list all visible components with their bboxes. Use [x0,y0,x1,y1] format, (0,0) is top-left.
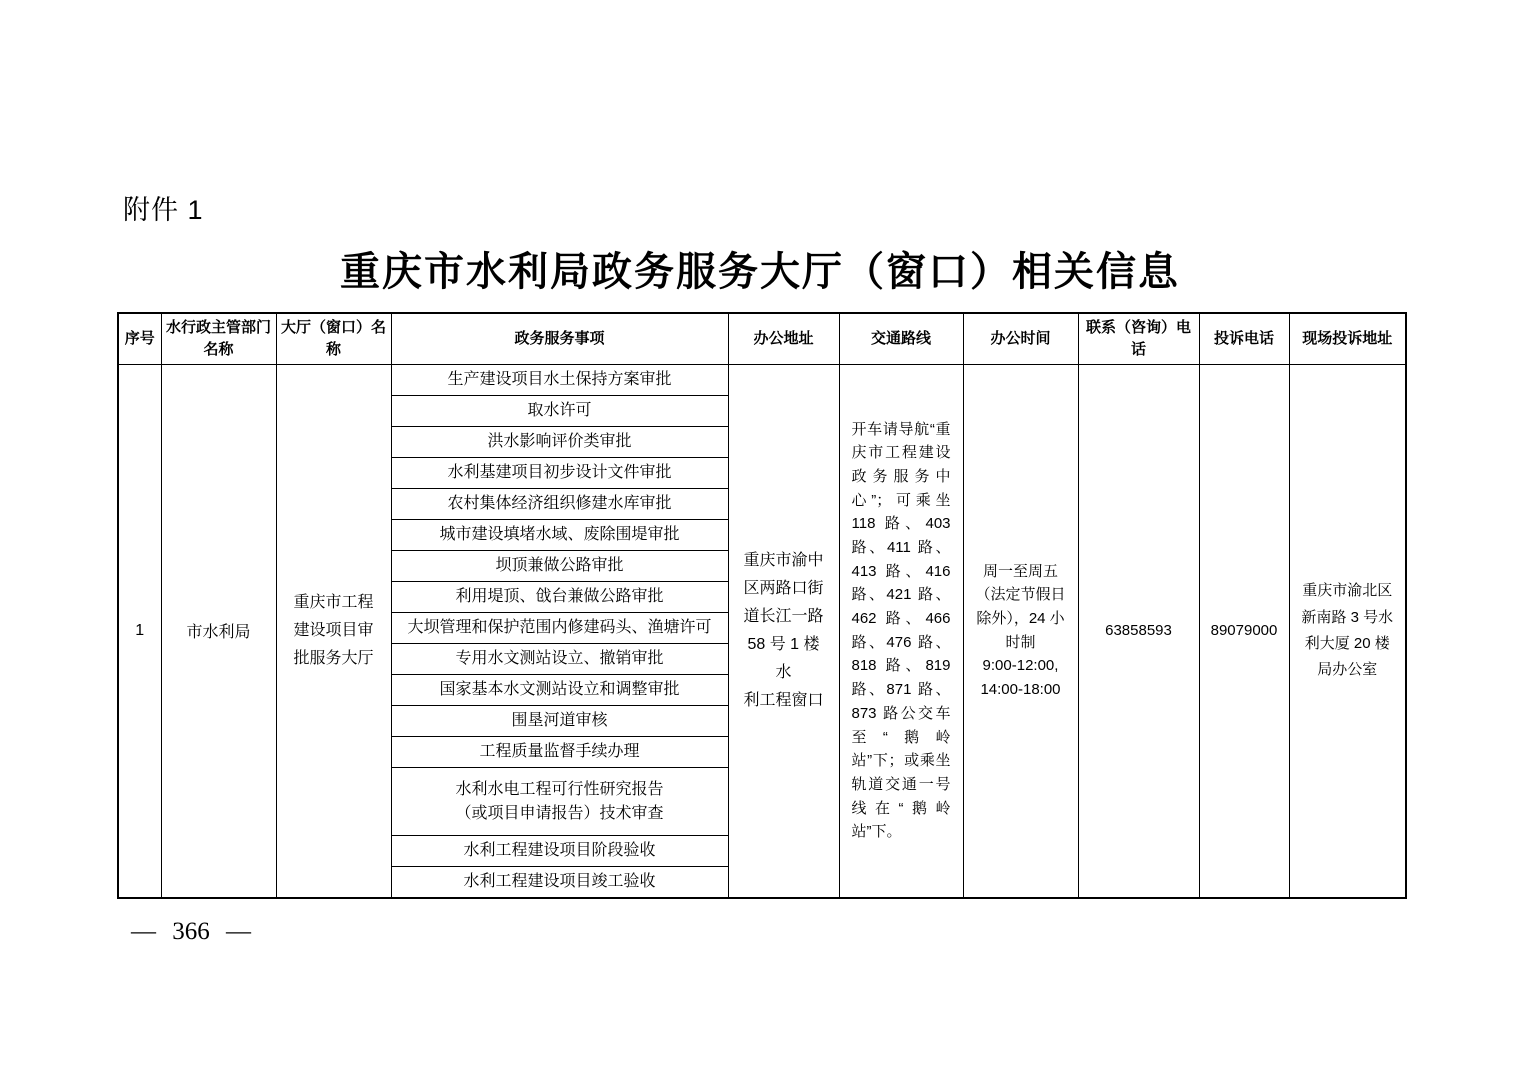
cell-complaint-address: 重庆市渝北区 新南路 3 号水 利大厦 20 楼 局办公室 [1289,365,1406,898]
cell-department: 市水利局 [161,365,276,898]
col-header-traffic-route: 交通路线 [839,313,963,365]
cell-service-item: 取水许可 [391,396,728,427]
cell-traffic-route: 开车请导航“重庆市工程建设政务服务中心”；可乘坐 118 路、403 路、411… [839,365,963,898]
cell-service-item: 洪水影响评价类审批 [391,427,728,458]
cell-service-item: 坝顶兼做公路审批 [391,551,728,582]
col-header-office-hours: 办公时间 [963,313,1078,365]
cell-index: 1 [118,365,161,898]
cell-office-address: 重庆市渝中 区两路口街 道长江一路 58 号 1 楼水 利工程窗口 [728,365,839,898]
table-header-row: 序号 水行政主管部门名称 大厅（窗口）名称 政务服务事项 办公地址 交通路线 办… [118,313,1406,365]
col-header-contact-phone: 联系（咨询）电话 [1078,313,1199,365]
info-table: 序号 水行政主管部门名称 大厅（窗口）名称 政务服务事项 办公地址 交通路线 办… [117,312,1407,899]
cell-service-item: 专用水文测站设立、撤销审批 [391,644,728,675]
cell-service-item: 利用堤顶、戗台兼做公路审批 [391,582,728,613]
cell-service-item: 国家基本水文测站设立和调整审批 [391,675,728,706]
cell-service-item: 水利工程建设项目竣工验收 [391,867,728,898]
cell-service-item: 农村集体经济组织修建水库审批 [391,489,728,520]
page-number: — 366 — [131,918,251,946]
cell-service-item: 水利工程建设项目阶段验收 [391,836,728,867]
col-header-services: 政务服务事项 [391,313,728,365]
col-header-department: 水行政主管部门名称 [161,313,276,365]
table-row: 1 市水利局 重庆市工程 建设项目审 批服务大厅 生产建设项目水土保持方案审批 … [118,365,1406,396]
col-header-index: 序号 [118,313,161,365]
cell-contact-phone: 63858593 [1078,365,1199,898]
cell-service-item: 工程质量监督手续办理 [391,737,728,768]
cell-service-item: 生产建设项目水土保持方案审批 [391,365,728,396]
cell-service-item: 围垦河道审核 [391,706,728,737]
cell-complaint-phone: 89079000 [1199,365,1289,898]
col-header-office-address: 办公地址 [728,313,839,365]
page-title: 重庆市水利局政务服务大厅（窗口）相关信息 [0,240,1520,297]
cell-service-item: 城市建设填堵水域、废除围堤审批 [391,520,728,551]
cell-hall-name: 重庆市工程 建设项目审 批服务大厅 [276,365,391,898]
cell-service-item: 大坝管理和保护范围内修建码头、渔塘许可 [391,613,728,644]
col-header-hall-name: 大厅（窗口）名称 [276,313,391,365]
col-header-complaint-phone: 投诉电话 [1199,313,1289,365]
col-header-complaint-address: 现场投诉地址 [1289,313,1406,365]
attachment-label: 附件 1 [123,188,204,227]
cell-office-hours: 周一至周五 （法定节假日 除外），24 小 时制 9:00-12:00, 14:… [963,365,1078,898]
cell-service-item: 水利基建项目初步设计文件审批 [391,458,728,489]
cell-service-item: 水利水电工程可行性研究报告 （或项目申请报告）技术审查 [391,768,728,836]
